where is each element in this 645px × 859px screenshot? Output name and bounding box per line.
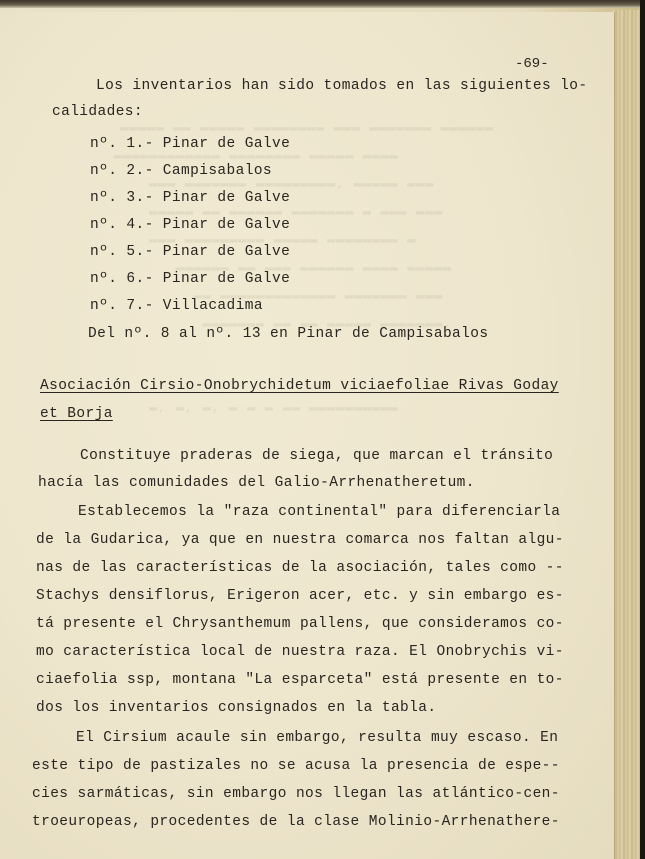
bleed-through: ▬▬▬▬▬ ▬▬ ▬▬▬▬▬ ▬▬▬▬▬▬▬▬ ▬▬▬ ▬▬▬▬▬▬▬ ▬▬▬▬… <box>120 120 494 136</box>
top-edge-shadow <box>0 0 645 8</box>
paragraph-line: troeuropeas, procedentes de la clase Mol… <box>32 814 560 830</box>
paragraph-line: hacía las comunidades del Galio-Arrhenat… <box>38 475 475 491</box>
locality-item: nº. 1.- Pinar de Galve <box>90 136 290 152</box>
paragraph-line: El Cirsium acaule sin embargo, resulta m… <box>76 730 558 746</box>
locality-item: nº. 4.- Pinar de Galve <box>90 217 290 233</box>
page-number: -69- <box>515 56 549 72</box>
right-edge-shadow <box>640 0 645 859</box>
section-heading-line-2: et Borja <box>40 406 113 422</box>
locality-item: nº. 5.- Pinar de Galve <box>90 244 290 260</box>
intro-line-1: Los inventarios han sido tomados en las … <box>96 78 587 94</box>
paragraph-line: nas de las características de la asociac… <box>36 560 564 576</box>
paragraph-line: tá presente el Chrysanthemum pallens, qu… <box>36 616 564 632</box>
locality-item: nº. 6.- Pinar de Galve <box>90 271 290 287</box>
paragraph-line: de la Gudarica, ya que en nuestra comarc… <box>36 532 564 548</box>
locality-summary: Del nº. 8 al nº. 13 en Pinar de Campisab… <box>88 326 488 342</box>
paragraph-line: Stachys densiflorus, Erigeron acer, etc.… <box>36 588 564 604</box>
section-heading-line-1: Asociación Cirsio-Onobrychidetum viciaef… <box>40 378 559 394</box>
paragraph-line: este tipo de pastizales no se acusa la p… <box>32 758 560 774</box>
locality-item: nº. 2.- Campisabalos <box>90 163 272 179</box>
locality-item: nº. 3.- Pinar de Galve <box>90 190 290 206</box>
locality-item: nº. 7.- Villacadima <box>90 298 263 314</box>
document-page: ▬▬▬▬▬ ▬▬ ▬▬▬▬▬ ▬▬▬▬▬▬▬▬ ▬▬▬ ▬▬▬▬▬▬▬ ▬▬▬▬… <box>0 12 615 859</box>
paragraph-line: Constituye praderas de siega, que marcan… <box>80 448 553 464</box>
intro-line-2: calidades: <box>52 104 143 120</box>
paragraph-line: mo característica local de nuestra raza.… <box>36 644 564 660</box>
paragraph-line: dos los inventarios consignados en la ta… <box>36 700 436 716</box>
paragraph-line: cies sarmáticas, sin embargo nos llegan … <box>32 786 560 802</box>
paragraph-line: Establecemos la "raza continental" para … <box>78 504 560 520</box>
paragraph-line: ciaefolia ssp, montana "La esparceta" es… <box>36 672 564 688</box>
